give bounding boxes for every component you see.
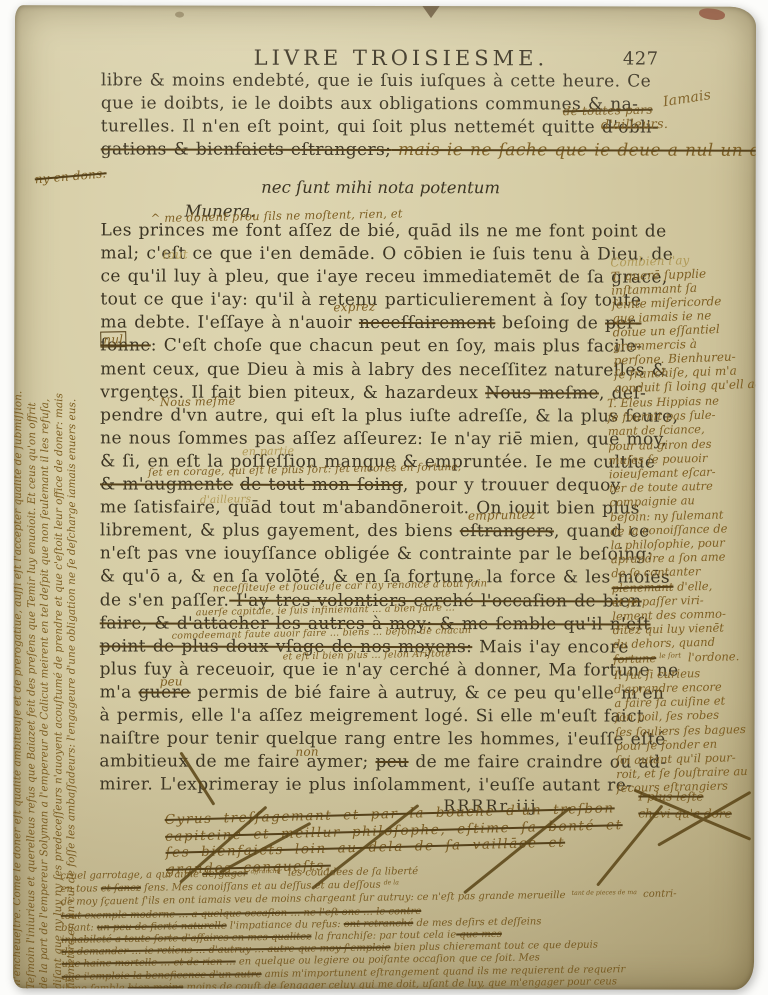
text-segment: Teſmoin l'iniurieus et querelleus refus … <box>24 402 37 989</box>
text-segment: fortune <box>613 651 656 666</box>
scanned-page-photo: LIVRE TROISIESME. 427 libre & moins ende… <box>0 0 768 995</box>
left-margin-vertical-note: m'encheueſtre. Come le doner eſt qualité… <box>13 277 80 989</box>
text-segment: mais ie ne ſache que ie deue a nul un do… <box>391 140 756 161</box>
page-number: 427 <box>623 48 659 69</box>
text-segment: que ie doibts, ie le doibts aux obligati… <box>101 93 639 114</box>
text-segment: et ſancz <box>101 883 141 895</box>
text-segment: I plus leſte <box>638 790 703 804</box>
text-line: I plus leſte <box>638 789 731 806</box>
text-line: tout ce que i'ay: qu'il à retenu particu… <box>100 289 675 313</box>
text-segment: tant de pieces de ma <box>569 889 640 897</box>
text-line: turelles. Il n'en eſt point, qui ſoit pl… <box>101 116 676 140</box>
ink-blot <box>698 7 725 21</box>
text-segment: m'a <box>100 682 139 702</box>
interline-addition: peu <box>159 674 182 688</box>
text-line: gations & bienfaicts eſtrangers; mais ie… <box>101 139 676 163</box>
text-line: naiſtre pour tenir quelque rang entre le… <box>99 727 674 751</box>
text-segment: ſens. Mes conoiſſans et au deſſus et au … <box>141 880 381 894</box>
text-line: à permis, elle l'a aſſez meigrement logé… <box>100 704 675 728</box>
text-segment: permis de bié faire à autruy, & ce peu q… <box>191 682 665 703</box>
text-segment: : C'eſt choſe que chacun peut en ſoy, ma… <box>151 336 643 357</box>
ink-speck <box>175 12 184 18</box>
text-line: ce qu'il luy à pleu, que i'aye receu imm… <box>100 266 675 290</box>
text-segment: de mes deſirs et deſſeins <box>413 916 541 929</box>
text-segment: de tout mon ſoing <box>240 475 403 495</box>
interline-addition: tout <box>162 247 188 261</box>
text-segment: l'ordone. <box>684 649 739 664</box>
margin-note-ny-en-dons: ny en dons: <box>34 166 107 186</box>
text-segment: me ſatisfaire, quād tout m'abandōneroit.… <box>100 498 640 519</box>
text-segment: , pour y trouuer dequoy <box>403 475 621 495</box>
right-margin-note-2: T. Eleus Hippias neſe fournit pas ſule-m… <box>607 393 748 796</box>
text-line: ne nous ſommes pas aſſez aſſeurez: Ie n'… <box>100 427 675 451</box>
text-segment: chevi qu'a dore <box>638 807 731 821</box>
text-segment: librement, & plus gayement, des biens <box>100 521 460 542</box>
interline-addition: en partie <box>242 444 294 458</box>
text-segment: affranchir <box>248 868 285 876</box>
text-segment: ter de toute autre <box>609 479 713 495</box>
text-segment: l'impatiance du refus: <box>227 919 344 932</box>
text-segment: à permis, elle l'a aſſez meigrement logé… <box>100 705 645 726</box>
text-segment: bien moins <box>128 982 184 990</box>
text-segment: contri- <box>640 889 677 900</box>
right-margin-note-1: Combien i'ayT. querē ſupplieinſtammant ſ… <box>610 250 756 396</box>
paper-tear-notch <box>421 5 441 18</box>
interline-addition: non <box>295 745 319 759</box>
text-line: fortunele ſort l'ordone. <box>613 649 745 668</box>
text-segment: de la <box>381 879 402 886</box>
interline-addition: empruntez <box>468 508 536 523</box>
text-line: m'a guere permis de bié faire à autruy, … <box>100 681 675 705</box>
text-segment: le ſort <box>656 651 684 661</box>
text-segment: ambitieux de me faire aymer; <box>99 752 375 773</box>
text-line: ambitieux de me faire aymer; peu de me f… <box>99 751 674 775</box>
text-segment: plus fuy à receuoir, que ie n'ay cerché … <box>100 659 679 680</box>
text-segment: plenemant <box>611 579 673 594</box>
interline-addition: ^ Nous meſme <box>146 394 236 410</box>
interline-addition: d'ailleurs <box>200 493 252 506</box>
text-segment: aprandre a ſon ame <box>611 550 726 567</box>
text-line: chevi qu'a dore <box>638 806 731 823</box>
margin-note-de-toutes-pars: de toutes pars <box>563 103 653 119</box>
text-segment: cruel garrotage, a qui aime <box>60 869 202 882</box>
text-line: ſonne: C'eſt choſe que chacun peut en ſo… <box>100 335 675 359</box>
text-segment: un peu de fierté naturelle <box>97 920 227 933</box>
text-segment: ce qu'il luy à pleu, que i'aye receu imm… <box>100 267 667 288</box>
text-segment: Mais i'ay encore <box>472 637 629 657</box>
text-segment: ma debte. I'eſſaye à n'auoir <box>100 313 359 334</box>
bottom-manuscript-block: cruel garrotage, a qui aime deſgageraffr… <box>60 861 756 990</box>
text-line: librement, & plus gayement, des biens eſ… <box>100 520 675 544</box>
text-segment: fit mettre en un cul de foſſe les ambaſſ… <box>65 399 78 990</box>
text-line: fit mettre en un cul de foſſe les ambaſſ… <box>65 277 80 989</box>
text-line: ment ceux, que Dieu à mis à labry des ne… <box>100 358 675 382</box>
text-segment: mirer. L'exprimeray ie plus inſolamment,… <box>99 775 632 796</box>
text-segment: deſgager <box>202 868 248 880</box>
text-segment: libre & moins endebté, que ie ſuis iuſqu… <box>101 70 651 91</box>
text-line: libre & moins endebté, que ie ſuis iuſqu… <box>101 69 676 93</box>
printed-body-lines: Les princes me font aſſez de bié, quād i… <box>99 219 675 798</box>
right-margin-note-struck: I plus leſtechevi qu'a dore <box>638 789 731 823</box>
text-line: ma debte. I'eſſaye à n'auoir neceſſairem… <box>100 312 675 336</box>
text-segment: neceſſairement <box>359 313 496 333</box>
text-line: plus fuy à receuoir, que ie n'ay cerché … <box>100 658 675 682</box>
latin-quote: nec ſunt mihi nota potentum <box>101 177 661 197</box>
text-segment: m'encheueſtre. Come le doner eſt qualité… <box>13 391 24 989</box>
text-segment: de la part de l'empereur Solyman a l'emp… <box>38 399 51 990</box>
text-segment: ont retranché <box>344 918 414 930</box>
text-segment: les couddees de ſa liberté <box>285 866 419 879</box>
text-line: mirer. L'exprimeray ie plus inſolamment,… <box>99 774 674 798</box>
text-segment: bien plus chieremant tout ce que depuis <box>390 940 598 954</box>
interline-addition: nul <box>100 331 126 347</box>
text-line: me ſatisfaire, quād tout m'abandōneroit.… <box>100 497 675 521</box>
running-header: LIVRE TROISIESME. <box>121 45 681 70</box>
text-segment: une haine mortelle … et de rien … <box>61 957 235 970</box>
text-segment: ne nous ſommes pas aſſez aſſeurez: Ie n'… <box>100 428 667 449</box>
text-segment: gations & bienfaicts eſtrangers; <box>101 140 392 161</box>
text-segment: peu <box>375 752 408 772</box>
text-segment: Nous meſme <box>485 383 599 403</box>
text-segment: que mes <box>456 929 502 941</box>
text-line: n'eſt pas vne iouyſſance obligée & contr… <box>100 543 675 567</box>
text-segment: beſoing de <box>495 314 605 334</box>
book-page: LIVRE TROISIESME. 427 libre & moins ende… <box>13 5 756 990</box>
text-segment: eſtrangers <box>460 521 554 541</box>
text-segment: turelles. Il n'en eſt point, qui ſoit pl… <box>101 117 602 138</box>
text-segment: naiſtre pour tenir quelque rang entre le… <box>99 728 665 749</box>
text-segment: ment ceux, que Dieu à mis à labry des ne… <box>100 359 667 380</box>
text-segment: d'elle, <box>673 578 712 593</box>
text-segment: ſes ſouliers ſes bagues <box>615 722 746 739</box>
text-segment: diſant que ny luy ny ſes predeceſſeurs n… <box>51 393 64 989</box>
text-segment: la franchiſe: par tout cela ie <box>311 930 456 943</box>
margin-note-dailleurs: d'ailleurs. <box>601 117 669 133</box>
interline-addition: exprez <box>333 300 375 315</box>
text-segment: n'eſt pas vne iouyſſance obligée & contr… <box>100 544 653 565</box>
